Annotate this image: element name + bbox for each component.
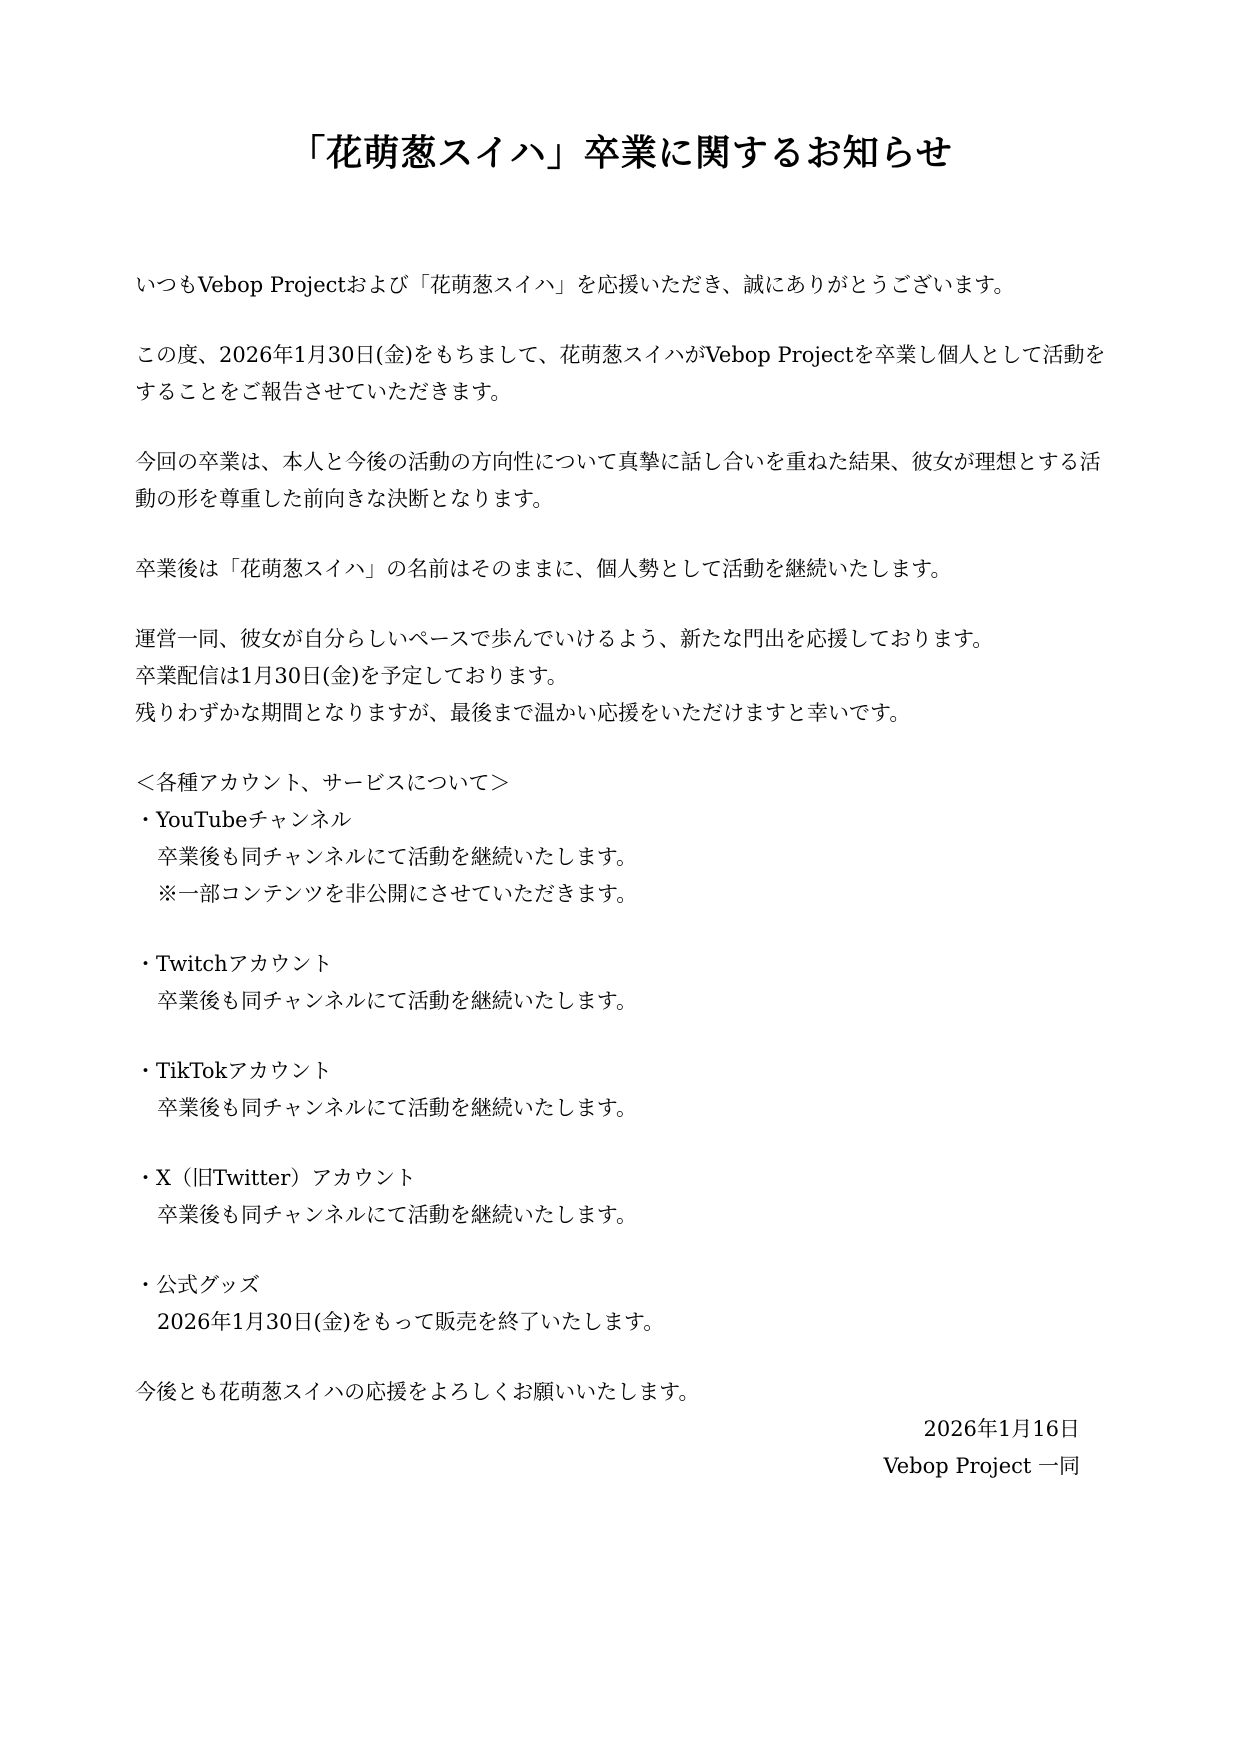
paragraph-decision-background: 今回の卒業は、本人と今後の活動の方向性について真摯に話し合いを重ねた結果、彼女が…: [135, 444, 1107, 518]
account-item-x-twitter: ・X（旧Twitter）アカウント 卒業後も同チャンネルにて活動を継続いたします…: [135, 1160, 1107, 1234]
document-title: 「花萌葱スイハ」卒業に関するお知らせ: [135, 128, 1107, 178]
account-detail: 卒業後も同チャンネルにて活動を継続いたします。: [135, 983, 1107, 1020]
account-detail: 卒業後も同チャンネルにて活動を継続いたします。: [135, 839, 1107, 876]
paragraph-support-message: 運営一同、彼女が自分らしいペースで歩んでいけるよう、新たな門出を応援しております…: [135, 621, 1107, 732]
account-detail-note: ※一部コンテンツを非公開にさせていただきます。: [135, 876, 1107, 913]
accounts-section: ＜各種アカウント、サービスについて＞ ・YouTubeチャンネル 卒業後も同チャ…: [135, 765, 1107, 1341]
support-line-3: 残りわずかな期間となりますが、最後まで温かい応援をいただけますと幸いです。: [135, 695, 1107, 732]
account-name: ・公式グッズ: [135, 1267, 1107, 1304]
account-detail: 卒業後も同チャンネルにて活動を継続いたします。: [135, 1090, 1107, 1127]
document-body: いつもVebop Projectおよび「花萌葱スイハ」を応援いただき、誠にありが…: [135, 267, 1107, 1485]
signature-block: 2026年1月16日 Vebop Project 一同: [135, 1411, 1107, 1485]
signature-signoff: Vebop Project 一同: [135, 1448, 1080, 1485]
account-item-tiktok: ・TikTokアカウント 卒業後も同チャンネルにて活動を継続いたします。: [135, 1053, 1107, 1127]
account-item-official-goods: ・公式グッズ 2026年1月30日(金)をもって販売を終了いたします。: [135, 1267, 1107, 1341]
account-item-twitch: ・Twitchアカウント 卒業後も同チャンネルにて活動を継続いたします。: [135, 946, 1107, 1020]
account-name: ・TikTokアカウント: [135, 1053, 1107, 1090]
announcement-document: 「花萌葱スイハ」卒業に関するお知らせ いつもVebop Projectおよび「花…: [0, 0, 1242, 1755]
paragraph-graduation-announcement: この度、2026年1月30日(金)をもちまして、花萌葱スイハがVebop Pro…: [135, 337, 1107, 411]
closing-message: 今後とも花萌葱スイハの応援をよろしくお願いいたします。: [135, 1374, 1107, 1411]
account-detail: 2026年1月30日(金)をもって販売を終了いたします。: [135, 1304, 1107, 1341]
support-line-2: 卒業配信は1月30日(金)を予定しております。: [135, 658, 1107, 695]
support-line-1: 運営一同、彼女が自分らしいペースで歩んでいけるよう、新たな門出を応援しております…: [135, 621, 1107, 658]
paragraph-greeting: いつもVebop Projectおよび「花萌葱スイハ」を応援いただき、誠にありが…: [135, 267, 1107, 304]
accounts-section-heading: ＜各種アカウント、サービスについて＞: [135, 765, 1107, 802]
signature-date: 2026年1月16日: [135, 1411, 1080, 1448]
account-name: ・YouTubeチャンネル: [135, 802, 1107, 839]
account-detail: 卒業後も同チャンネルにて活動を継続いたします。: [135, 1197, 1107, 1234]
account-name: ・X（旧Twitter）アカウント: [135, 1160, 1107, 1197]
account-name: ・Twitchアカウント: [135, 946, 1107, 983]
paragraph-activity-continuation: 卒業後は「花萌葱スイハ」の名前はそのままに、個人勢として活動を継続いたします。: [135, 551, 1107, 588]
account-item-youtube: ・YouTubeチャンネル 卒業後も同チャンネルにて活動を継続いたします。 ※一…: [135, 802, 1107, 913]
